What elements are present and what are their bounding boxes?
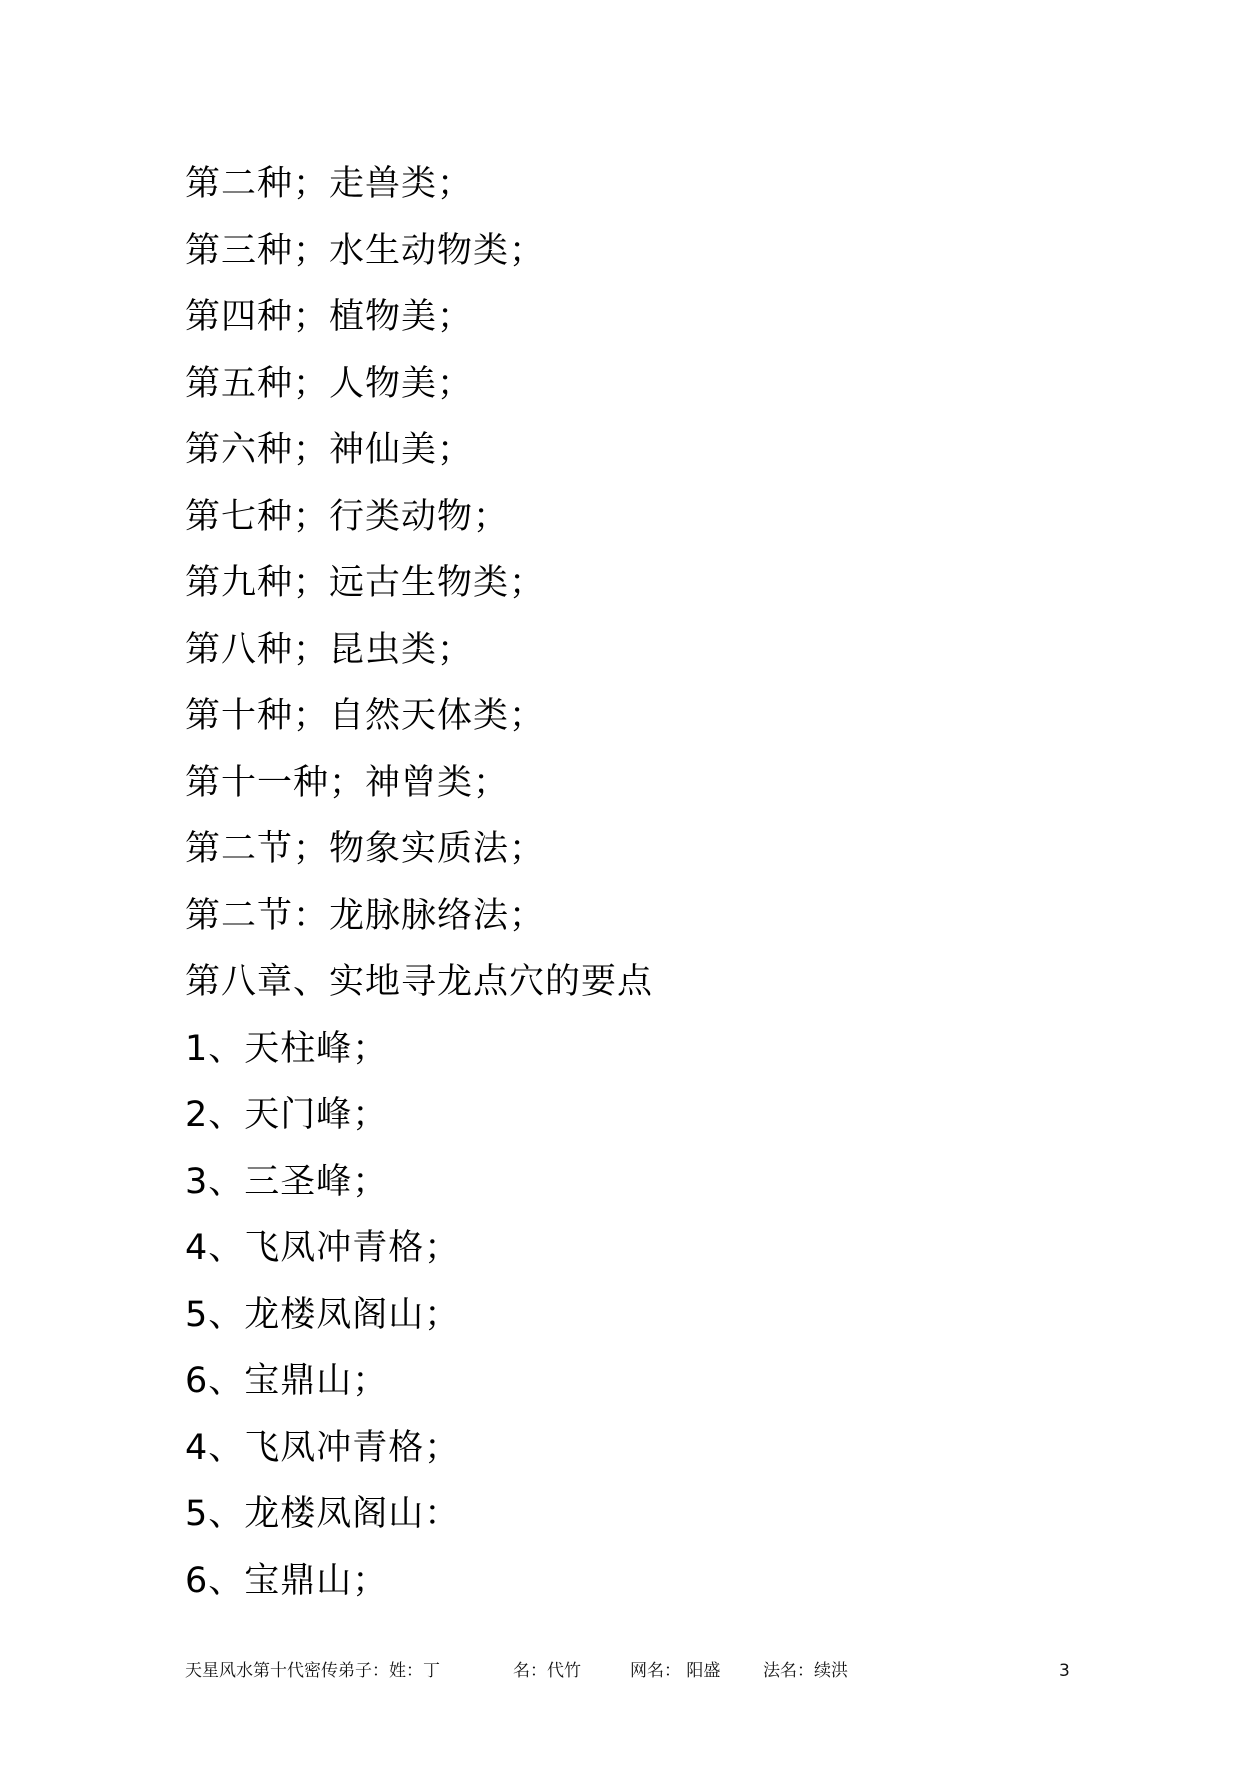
footer-title: 天星风水第十代密传弟子：姓：丁 — [185, 1658, 440, 1684]
chapter-heading: 第八章、实地寻龙点穴的要点 — [185, 949, 1085, 1016]
page-footer: 天星风水第十代密传弟子：姓：丁 名：代竹 网名： 阳盛 法名：续洪 3 — [185, 1658, 1085, 1684]
numbered-item: 6、宝鼎山； — [185, 1348, 1085, 1415]
page-body: 第二种；走兽类； 第三种；水生动物类； 第四种；植物美； 第五种；人物美； 第六… — [185, 151, 1085, 1614]
list-item: 第八种；昆虫类； — [185, 617, 1085, 684]
list-item: 第五种；人物美； — [185, 351, 1085, 418]
section-heading: 第二节；物象实质法； — [185, 816, 1085, 883]
numbered-item: 6、宝鼎山； — [185, 1548, 1085, 1615]
numbered-item: 3、三圣峰； — [185, 1149, 1085, 1216]
footer-dharma-name: 法名：续洪 — [763, 1658, 848, 1684]
numbered-item: 1、天柱峰； — [185, 1016, 1085, 1083]
list-item: 第十一种；神曾类； — [185, 750, 1085, 817]
list-item: 第二种；走兽类； — [185, 151, 1085, 218]
numbered-item: 5、龙楼凤阁山； — [185, 1282, 1085, 1349]
section-heading: 第二节：龙脉脉络法； — [185, 883, 1085, 950]
list-item: 第三种；水生动物类； — [185, 218, 1085, 285]
list-item: 第四种；植物美； — [185, 284, 1085, 351]
numbered-item: 4、飞凤冲青格； — [185, 1215, 1085, 1282]
list-item: 第七种；行类动物； — [185, 484, 1085, 551]
document-page: 第二种；走兽类； 第三种；水生动物类； 第四种；植物美； 第五种；人物美； 第六… — [0, 0, 1256, 1787]
list-item: 第九种；远古生物类； — [185, 550, 1085, 617]
footer-net-name: 网名： 阳盛 — [630, 1658, 720, 1684]
numbered-item: 4、飞凤冲青格； — [185, 1415, 1085, 1482]
footer-given-name: 名：代竹 — [513, 1658, 581, 1684]
numbered-item: 5、龙楼凤阁山： — [185, 1481, 1085, 1548]
list-item: 第六种；神仙美； — [185, 417, 1085, 484]
list-item: 第十种；自然天体类； — [185, 683, 1085, 750]
page-number: 3 — [1059, 1658, 1070, 1684]
numbered-item: 2、天门峰； — [185, 1082, 1085, 1149]
